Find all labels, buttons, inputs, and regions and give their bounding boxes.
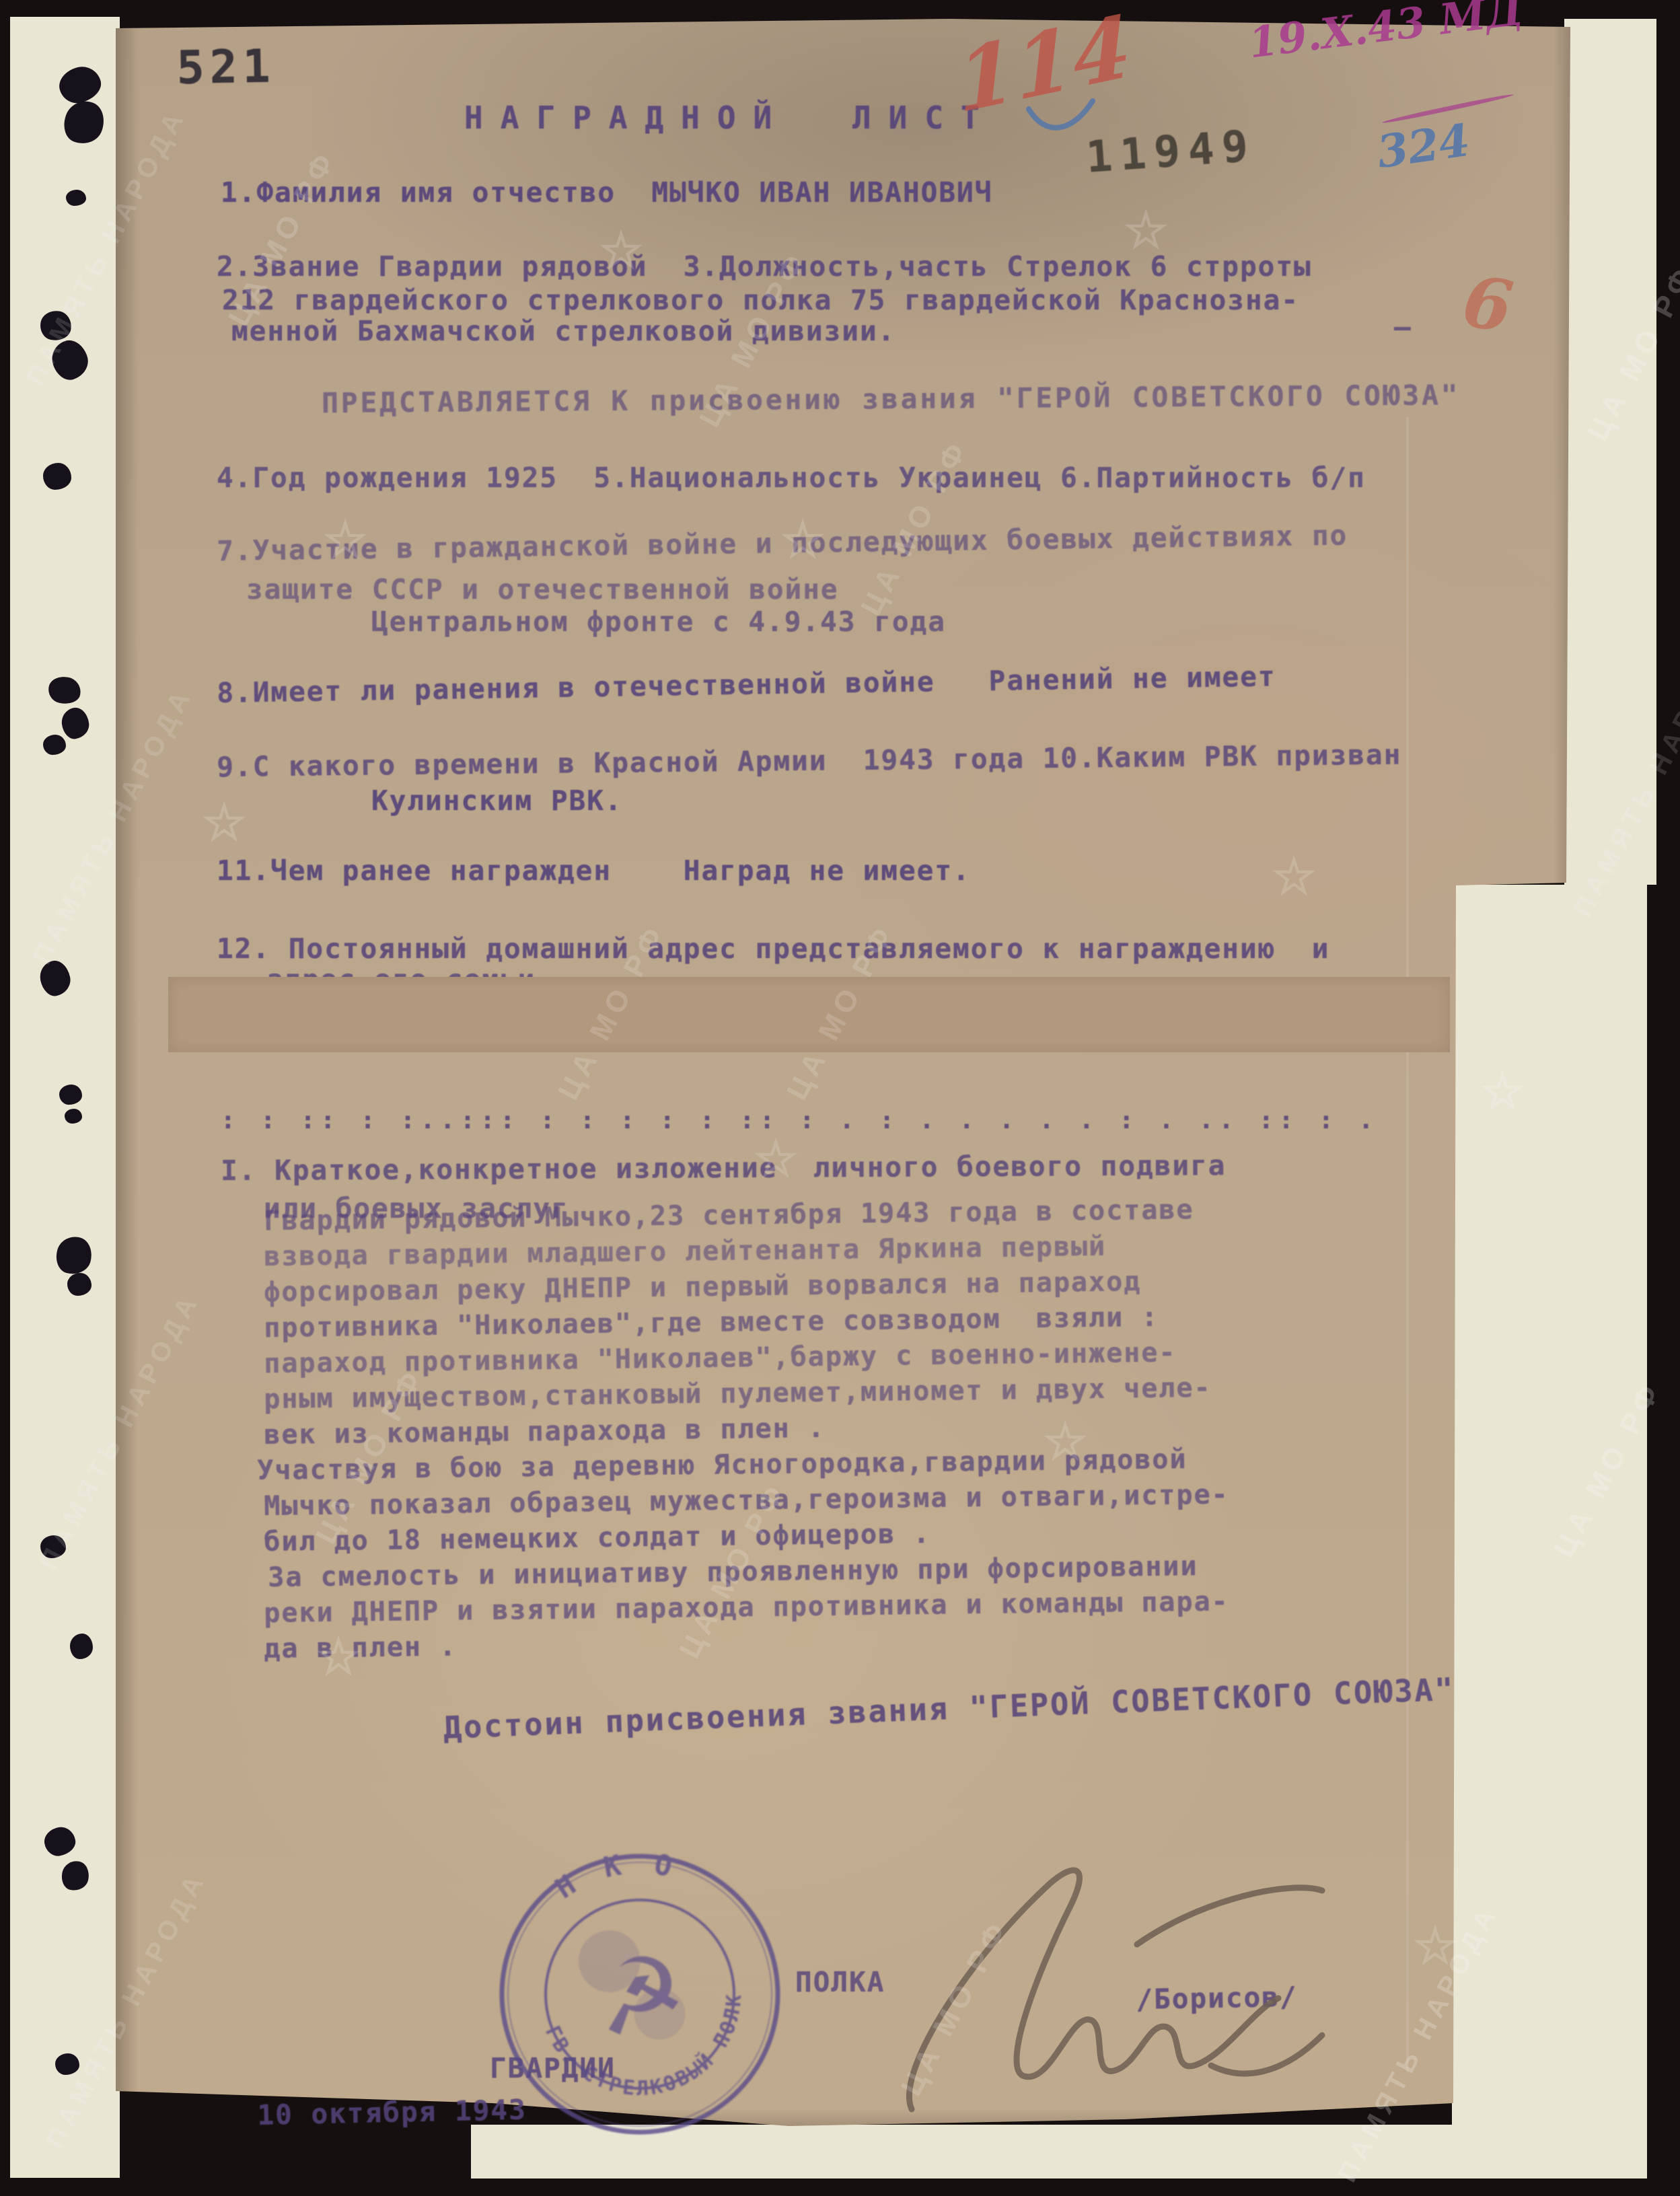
section-heading: I. Краткое,конкретное изложение личного …	[221, 1149, 1227, 1187]
page-number: 521	[176, 40, 276, 95]
field-war-participation-line2: защите СССР и отечественной войне	[246, 573, 839, 606]
handwritten-signature	[848, 1843, 1359, 2126]
date-line: 10 октября 1943	[257, 2094, 527, 2131]
hole-punch-ink-blot	[67, 1273, 92, 1296]
field-prior-awards-line: 11.Чем ранее награжден Наград не имеет.	[217, 854, 971, 887]
citation-line: да в плен .	[264, 1631, 457, 1664]
dash-mark: —	[1394, 311, 1412, 343]
document-title: НАГРАДНОЙ ЛИСТ	[464, 100, 997, 136]
hole-punch-ink-blot	[66, 190, 86, 206]
hole-punch-ink-blot	[65, 1109, 82, 1124]
field-rank-position-line: 2.Звание Гвардии рядовой 3.Должность,час…	[217, 250, 1312, 283]
hole-punch-ink-blot	[59, 1085, 82, 1105]
hole-punch-ink-blot	[43, 463, 71, 490]
hole-punch-ink-blot	[55, 2053, 79, 2075]
underlying-page-right-top	[1564, 19, 1656, 885]
svg-text:Н К О: Н К О	[546, 1837, 687, 1907]
hole-punch-ink-blot	[70, 1634, 93, 1659]
seal-ring-top-text: Н К О	[546, 1837, 687, 1907]
dotted-divider: : : :: : :..::: : : : : : :: : . : . . .…	[221, 1107, 1379, 1134]
field-unit-line: 212 гвардейского стрелкового полка 75 гв…	[222, 284, 1299, 316]
round-seal: Н К О ГВ. СТРЕЛКОВЫЙ ПОЛК ☭	[448, 1802, 832, 2186]
field-rvk-line: Кулинским РВК.	[371, 784, 623, 817]
hole-punch-ink-blot	[40, 1535, 66, 1558]
field-home-address-line: 12. Постоянный домашний адрес представля…	[217, 932, 1329, 965]
redaction-patch	[168, 977, 1450, 1052]
scanned-award-document: 521 НАГРАДНОЙ ЛИСТ 11949 1.Фамилия имя о…	[0, 0, 1680, 2196]
hole-punch-ink-blot	[43, 735, 66, 755]
field-birth-nationality-party-line: 4.Год рождения 1925 5.Национальность Укр…	[217, 462, 1366, 494]
blue-check-stroke	[1025, 96, 1099, 143]
underlying-page-right-bottom	[1452, 885, 1647, 2179]
field-name-line: 1.Фамилия имя отчество МЫЧКО ИВАН ИВАНОВ…	[221, 176, 992, 209]
paper-crease	[1406, 417, 1409, 2072]
field-unit-line2: менной Бахмачской стрелковой дивизии.	[231, 315, 896, 347]
field-front-line: Центральном фронте с 4.9.43 года	[371, 606, 946, 638]
seal-center-emblem: ☭	[586, 1934, 694, 2060]
